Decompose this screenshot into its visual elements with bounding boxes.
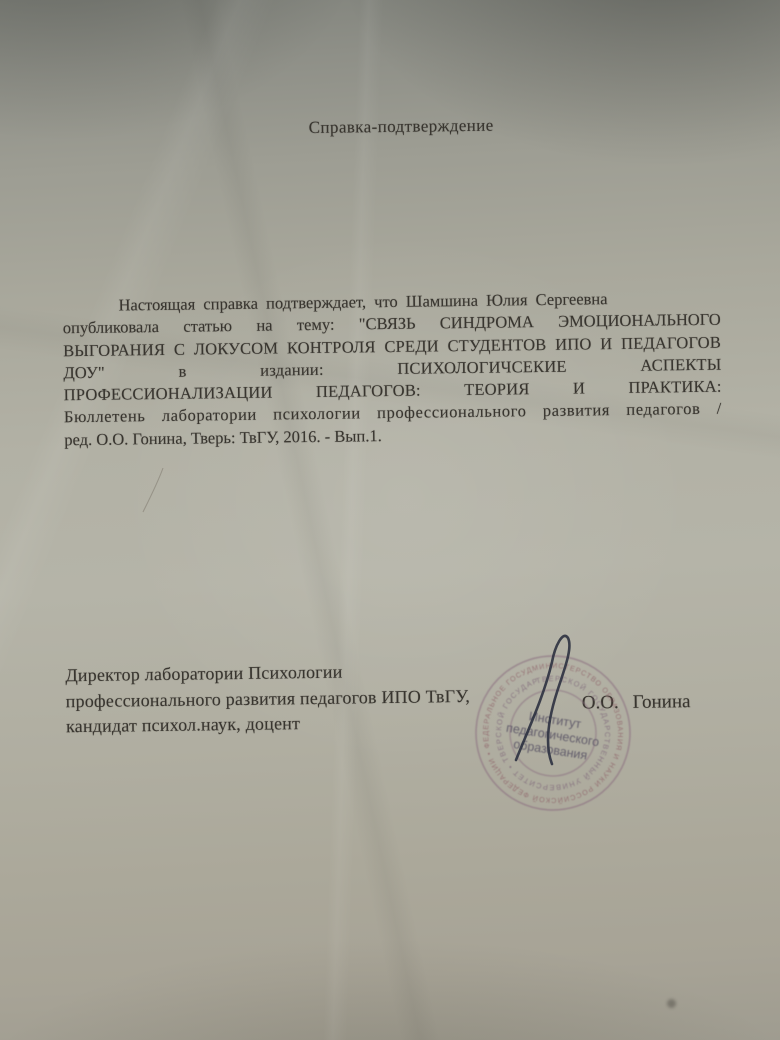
document-photo: Справка-подтверждение Настоящая справка … xyxy=(0,0,780,1040)
document-title: Справка-подтверждение xyxy=(0,112,780,143)
document-content: Справка-подтверждение Настоящая справка … xyxy=(0,0,780,1040)
ink-spot xyxy=(667,999,676,1008)
body-paragraph: Настоящая справка подтверждает, что Шамш… xyxy=(62,287,722,452)
hair-scratch-mark xyxy=(130,460,180,520)
signer-surname: Гонина xyxy=(633,691,691,713)
signature-stroke xyxy=(500,618,620,778)
